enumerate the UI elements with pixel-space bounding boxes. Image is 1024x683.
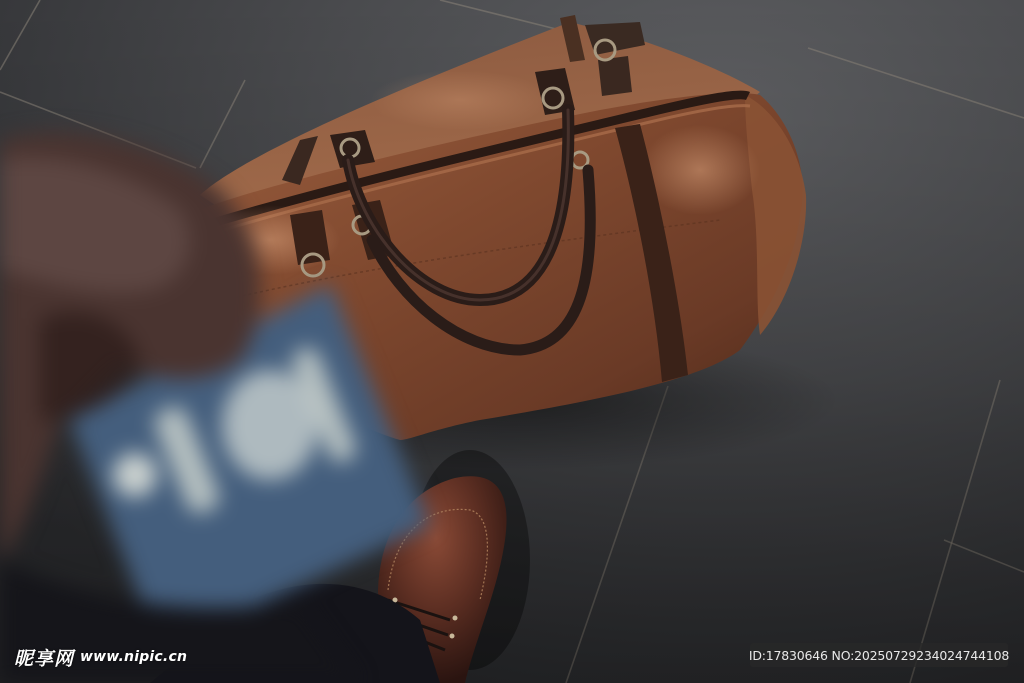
image-id-badge: ID:17830646 NO:20250729234024744108 — [750, 643, 1008, 667]
site-watermark: 昵享网 www.nipic.cn — [14, 644, 187, 670]
image-id-text: ID:17830646 NO:20250729234024744108 — [749, 648, 1009, 663]
watermark-site-url: www.nipic.cn — [80, 649, 187, 665]
photo-scene: 昵享网 www.nipic.cn ID:17830646 NO:20250729… — [0, 0, 1024, 683]
watermark-site-name: 昵享网 — [14, 644, 74, 671]
hand-holding-passport — [0, 0, 1024, 683]
